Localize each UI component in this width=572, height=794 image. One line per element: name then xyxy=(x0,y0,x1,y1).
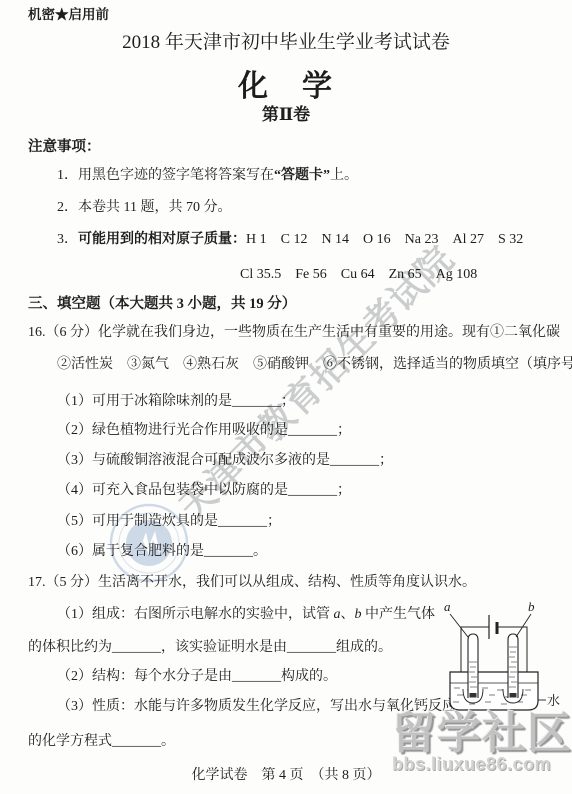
question-17-item-3-cont: 的化学方程式_______。 xyxy=(28,733,175,751)
notice-item-1: 1．用黑色字迹的签字笔将答案写在“答题卡”上。 xyxy=(57,167,358,185)
question-17-line1: 17.（5 分）生活离不开水，我们可以从组成、结构、性质等角度认识水。 xyxy=(28,574,476,592)
notice-1-text: 1．用黑色字迹的签字笔将答案写在 xyxy=(57,168,274,183)
question-16-item-4: （4）可充入食品包装袋中以防腐的是_______； xyxy=(57,482,351,500)
q17-1-tail: 中产生气体 xyxy=(362,607,436,622)
q17-1-separator: 、 xyxy=(341,607,355,622)
brand-watermark: 留学社区 bbs.liuxue86.com xyxy=(392,712,572,775)
question-17-item-2: （2）结构：每个水分子是由_______构成的。 xyxy=(57,668,337,686)
notice-item-3: 3．可能用到的相对原子质量：H 1 C 12 N 14 O 16 Na 23 A… xyxy=(57,231,523,249)
notice-item-2: 2．本卷共 11 题，共 70 分。 xyxy=(57,199,231,217)
notice-1-bold-answer-card: “答题卡” xyxy=(274,168,330,183)
question-17-item-1-cont: 的体积比约为_______，该实验证明水是由_______组成的。 xyxy=(28,639,392,657)
page-footer: 化学试卷 第 4 页 （共 8 页） xyxy=(0,767,572,785)
question-16-item-6: （6）属于复合肥料的是_______。 xyxy=(57,543,267,561)
section-3-heading: 三、填空题（本大题共 3 小题，共 19 分） xyxy=(28,295,296,313)
water-label: 水 xyxy=(547,693,560,708)
tube-a-label: a xyxy=(444,599,451,614)
question-17-item-1: （1）组成：右图所示电解水的实验中，试管 a、b 中产生气体 xyxy=(57,606,435,624)
water-electrolysis-diagram: a b 水 xyxy=(437,597,572,715)
q17-tube-a-ref: a xyxy=(334,607,341,622)
subject-title: 化 学 xyxy=(0,68,572,106)
question-16-item-2: （2）绿色植物进行光合作用吸收的是_______； xyxy=(57,422,351,440)
tube-b-label: b xyxy=(528,599,535,614)
classification-label: 机密★启用前 xyxy=(28,7,109,24)
question-17-item-3: （3）性质：水能与许多物质发生化学反应，写出水与氧化钙反应 xyxy=(57,698,456,716)
brand-watermark-text: 留学社区 xyxy=(392,712,572,756)
notice-3-bold-label: 可能用到的相对原子质量： xyxy=(78,232,246,247)
question-16-line2: ②活性炭 ③氮气 ④熟石灰 ⑤硝酸钾 ⑥不锈钢，选择适当的物质填空（填序号）。 xyxy=(57,356,572,374)
question-16-item-5: （5）可用于制造炊具的是_______； xyxy=(57,513,281,531)
volume-title: 第Ⅱ卷 xyxy=(0,104,572,125)
q17-1-text: （1）组成：右图所示电解水的实验中，试管 xyxy=(57,607,334,622)
electrode-b xyxy=(510,693,517,698)
paper-title: 2018 年天津市初中毕业生学业考试试卷 xyxy=(0,31,572,55)
electrode-a xyxy=(470,693,477,698)
atomic-masses-row2: Cl 35.5 Fe 56 Cu 64 Zn 65 Ag 108 xyxy=(240,266,477,284)
question-16-line1: 16.（6 分）化学就在我们身边，一些物质在生产生活中有重要的用途。现有①二氧化… xyxy=(28,324,560,342)
notice-1-tail: 上。 xyxy=(330,168,358,183)
atomic-masses-row1: H 1 C 12 N 14 O 16 Na 23 Al 27 S 32 xyxy=(246,232,523,247)
notices-heading: 注意事项： xyxy=(28,138,101,156)
q17-tube-b-ref: b xyxy=(355,607,362,622)
test-tube-a xyxy=(468,634,478,698)
question-16-item-1: （1）可用于冰箱除味剂的是_______； xyxy=(57,393,295,411)
notice-3-number: 3． xyxy=(57,232,78,247)
question-16-item-3: （3）与硫酸铜溶液混合可配成波尔多液的是_______； xyxy=(57,452,393,470)
test-tube-b xyxy=(508,634,518,698)
exam-paper-page: 天津市教育招生考试院 机密★启用前 2018 年天津市初中毕业生学业考试试卷 化… xyxy=(0,0,572,794)
